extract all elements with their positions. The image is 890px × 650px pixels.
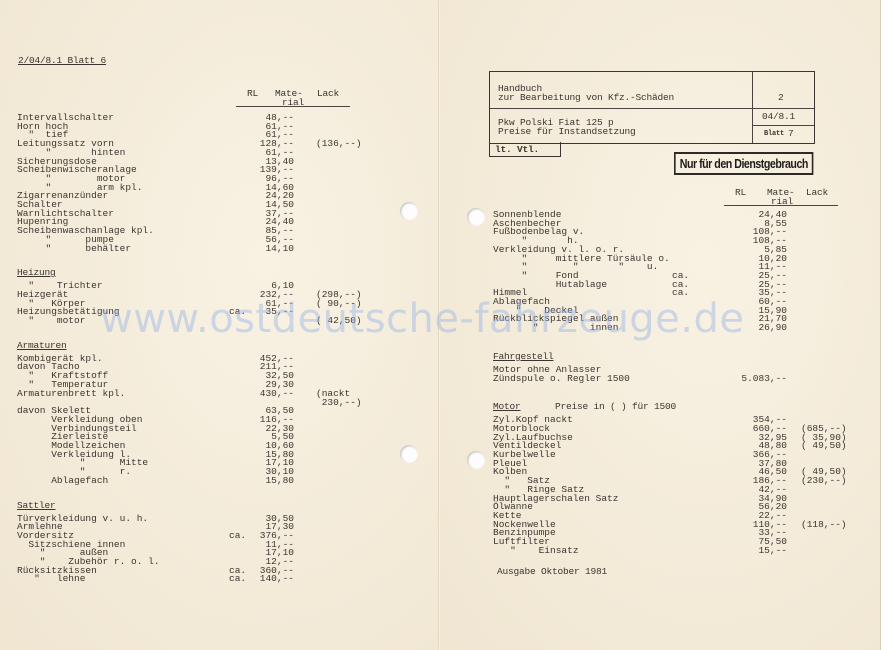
punch-hole — [400, 202, 418, 220]
part-name: " Einsatz — [493, 546, 579, 555]
lack-price: (230,--) — [801, 476, 847, 485]
price-row: Ablagefach15,80 — [0, 476, 438, 485]
section-title: Heizung — [17, 268, 56, 277]
right-page: Handbuch zur Bearbeitung von Kfz.-Schäde… — [439, 0, 882, 650]
header-blatt-label: Blatt — [764, 130, 784, 139]
lack-price-note: 230,--) — [316, 398, 362, 407]
material-price: 26,90 — [727, 323, 787, 332]
material-price: 35,-- — [234, 307, 294, 316]
header-blatt-number: 7 — [788, 129, 794, 138]
section-title: Fahrgestell — [493, 352, 554, 361]
header-code: 04/8.1 — [762, 112, 795, 121]
material-price: 5.083,-- — [727, 374, 787, 383]
lack-price: (136,--) — [316, 139, 362, 148]
vtl-label: lt. Vtl. — [495, 145, 539, 154]
column-lack: Lack — [317, 89, 339, 98]
part-name: Armaturenbrett kpl. — [17, 389, 125, 398]
material-price: 430,-- — [234, 389, 294, 398]
price-row: " Einsatz15,-- — [440, 546, 882, 555]
lack-price: ( 49,50) — [801, 441, 847, 450]
price-row: " innen26,90 — [440, 323, 882, 332]
header-number: 2 — [778, 93, 784, 102]
column-rl: RL — [247, 89, 258, 98]
section-title: Motor — [493, 402, 521, 411]
punch-hole — [467, 451, 485, 469]
lack-price: (118,--) — [801, 520, 847, 529]
lack-price: ( 90,--) — [316, 299, 362, 308]
part-name: " lehne — [17, 574, 85, 583]
header-subject: Preise für Instandsetzung — [498, 127, 636, 136]
lack-price: ( 42,50) — [316, 316, 362, 325]
material-price: 14,10 — [234, 244, 294, 253]
column-rule — [236, 106, 350, 107]
header-box: Handbuch zur Bearbeitung von Kfz.-Schäde… — [489, 71, 815, 144]
punch-hole — [467, 208, 485, 226]
material-price: 15,-- — [727, 546, 787, 555]
part-name: " motor — [17, 316, 85, 325]
column-lack: Lack — [806, 188, 828, 197]
part-name: " innen — [493, 323, 618, 332]
vtl-box: lt. Vtl. — [489, 142, 561, 157]
section-title: Sattler — [17, 501, 56, 510]
price-row: " lehneca.140,-- — [0, 574, 438, 583]
part-name: Zündspule o. Regler 1500 — [493, 374, 630, 383]
left-page: 2/04/8.1 Blatt 6 RL Mate- rial Lack Inte… — [0, 0, 439, 650]
column-rule — [724, 205, 838, 206]
column-rl: RL — [735, 188, 746, 197]
material-price: 15,80 — [234, 476, 294, 485]
approx-marker: ca. — [672, 288, 689, 297]
part-name: " behälter — [17, 244, 131, 253]
price-row: Zündspule o. Regler 15005.083,-- — [440, 374, 882, 383]
price-row: Zigarrenanzünder24,20 — [0, 191, 438, 200]
doc-reference: 2/04/8.1 Blatt 6 — [18, 56, 106, 65]
scan-edge — [880, 0, 890, 650]
punch-hole — [400, 445, 418, 463]
price-row: " motor( 42,50) — [0, 316, 438, 325]
header-subtitle: zur Bearbeitung von Kfz.-Schäden — [498, 93, 674, 102]
part-name: Ablagefach — [17, 476, 108, 485]
material-price: 140,-- — [234, 574, 294, 583]
price-row: Türverkleidung v. u. h.30,50 — [0, 514, 438, 523]
price-row: Armaturenbrett kpl.430,--(nackt 230,--) — [0, 389, 438, 398]
restricted-stamp: Nur für den Dienstgebrauch — [674, 152, 814, 175]
section-title: Armaturen — [17, 341, 67, 350]
issue-date: Ausgabe Oktober 1981 — [497, 567, 607, 576]
price-row: " behälter14,10 — [0, 244, 438, 253]
section-subtitle: Preise in ( ) für 1500 — [555, 402, 676, 411]
